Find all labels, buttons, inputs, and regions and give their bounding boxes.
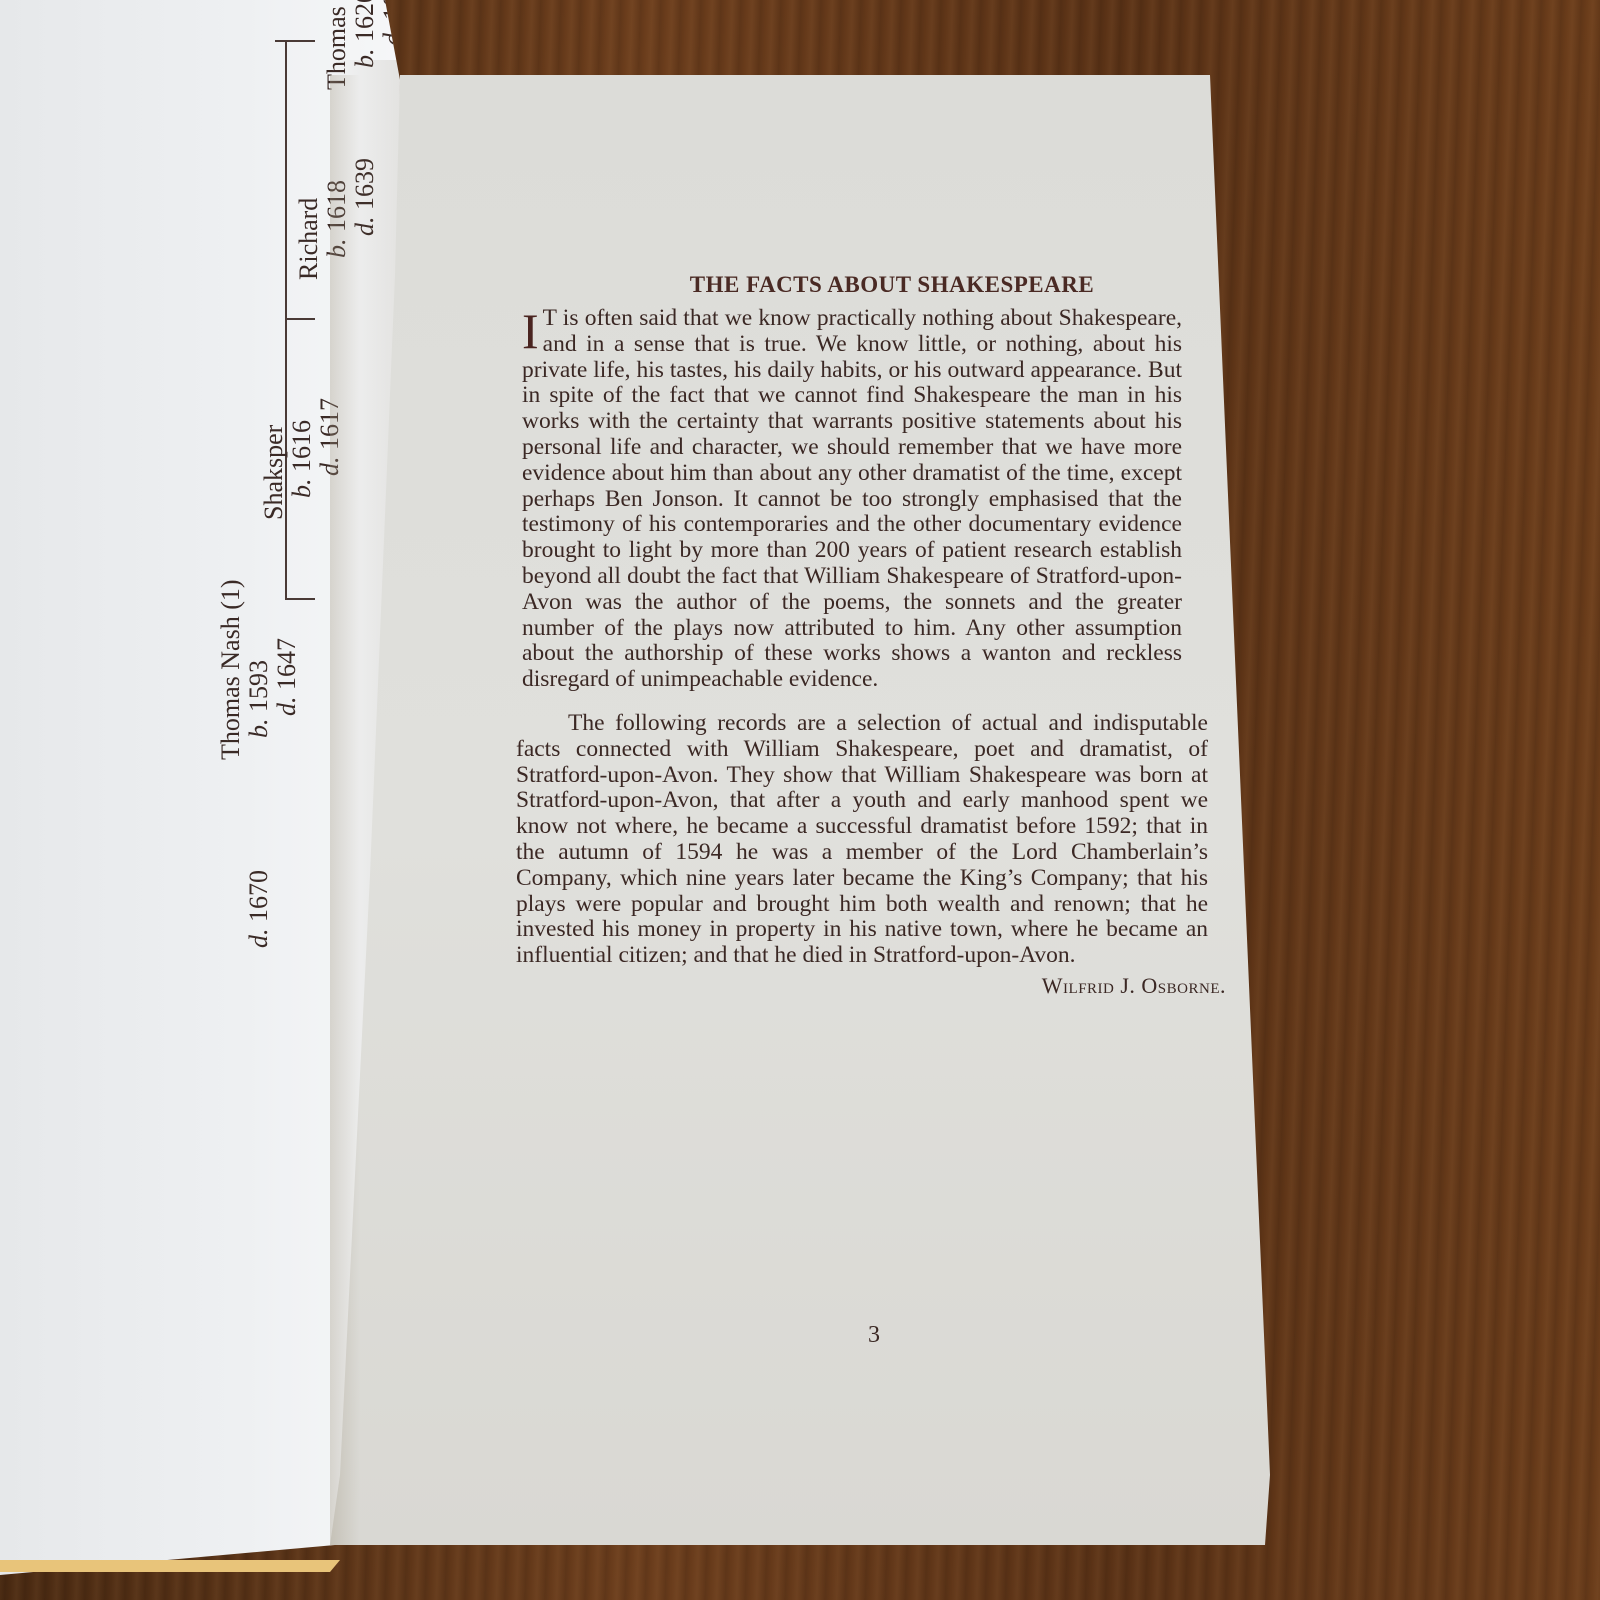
died-prefix: d.	[272, 697, 301, 717]
intro-paragraph-text: T is often said that we know practically…	[522, 305, 1182, 692]
born-year: 1618	[322, 180, 351, 232]
left-page: d. 1670 Thomas Nash (1) b. 1593 d. 1647 …	[0, 0, 400, 1580]
tree-branch-tick	[275, 40, 315, 42]
tree-node-shaksper: Shaksper b. 1616 d. 1617	[260, 398, 344, 520]
died-year: 1617	[315, 398, 344, 450]
tree-node-richard: Richard b. 1618 d. 1639	[295, 158, 379, 280]
node-name: Thomas	[323, 0, 351, 90]
tree-node-nash: Thomas Nash (1) b. 1593 d. 1647	[217, 579, 301, 760]
author-signature: Wilfrid J. Osborne.	[522, 973, 1226, 999]
tree-node-elizabeth: d. 1670	[245, 870, 273, 970]
drop-cap: I	[522, 310, 539, 352]
page-number: 3	[868, 1322, 880, 1349]
born-year: 1620	[350, 0, 379, 42]
born-year: 1593	[244, 660, 273, 712]
tree-branch-tick	[285, 318, 315, 320]
died-prefix: d.	[244, 929, 273, 949]
born-prefix: b.	[244, 719, 273, 739]
born-prefix: b.	[322, 239, 351, 259]
page-stack-edge	[0, 1560, 340, 1572]
page-title: THE FACTS ABOUT SHAKESPEARE	[572, 272, 1212, 298]
born-prefix: b.	[350, 49, 379, 69]
node-name: Thomas Nash (1)	[217, 579, 245, 760]
records-paragraph: The following records are a selection of…	[516, 711, 1208, 969]
node-name: Richard	[295, 158, 323, 280]
born-prefix: b.	[287, 479, 316, 499]
died-year: 1639	[350, 158, 379, 210]
node-name: Shaksper	[260, 398, 288, 520]
died-prefix: d.	[350, 217, 379, 237]
article: THE FACTS ABOUT SHAKESPEARE IT is often …	[522, 262, 1212, 999]
died-year: 1647	[272, 638, 301, 690]
died-year: 1670	[244, 870, 273, 922]
born-year: 1616	[287, 420, 316, 472]
died-prefix: d.	[315, 457, 344, 477]
intro-paragraph: IT is often said that we know practicall…	[522, 306, 1182, 693]
